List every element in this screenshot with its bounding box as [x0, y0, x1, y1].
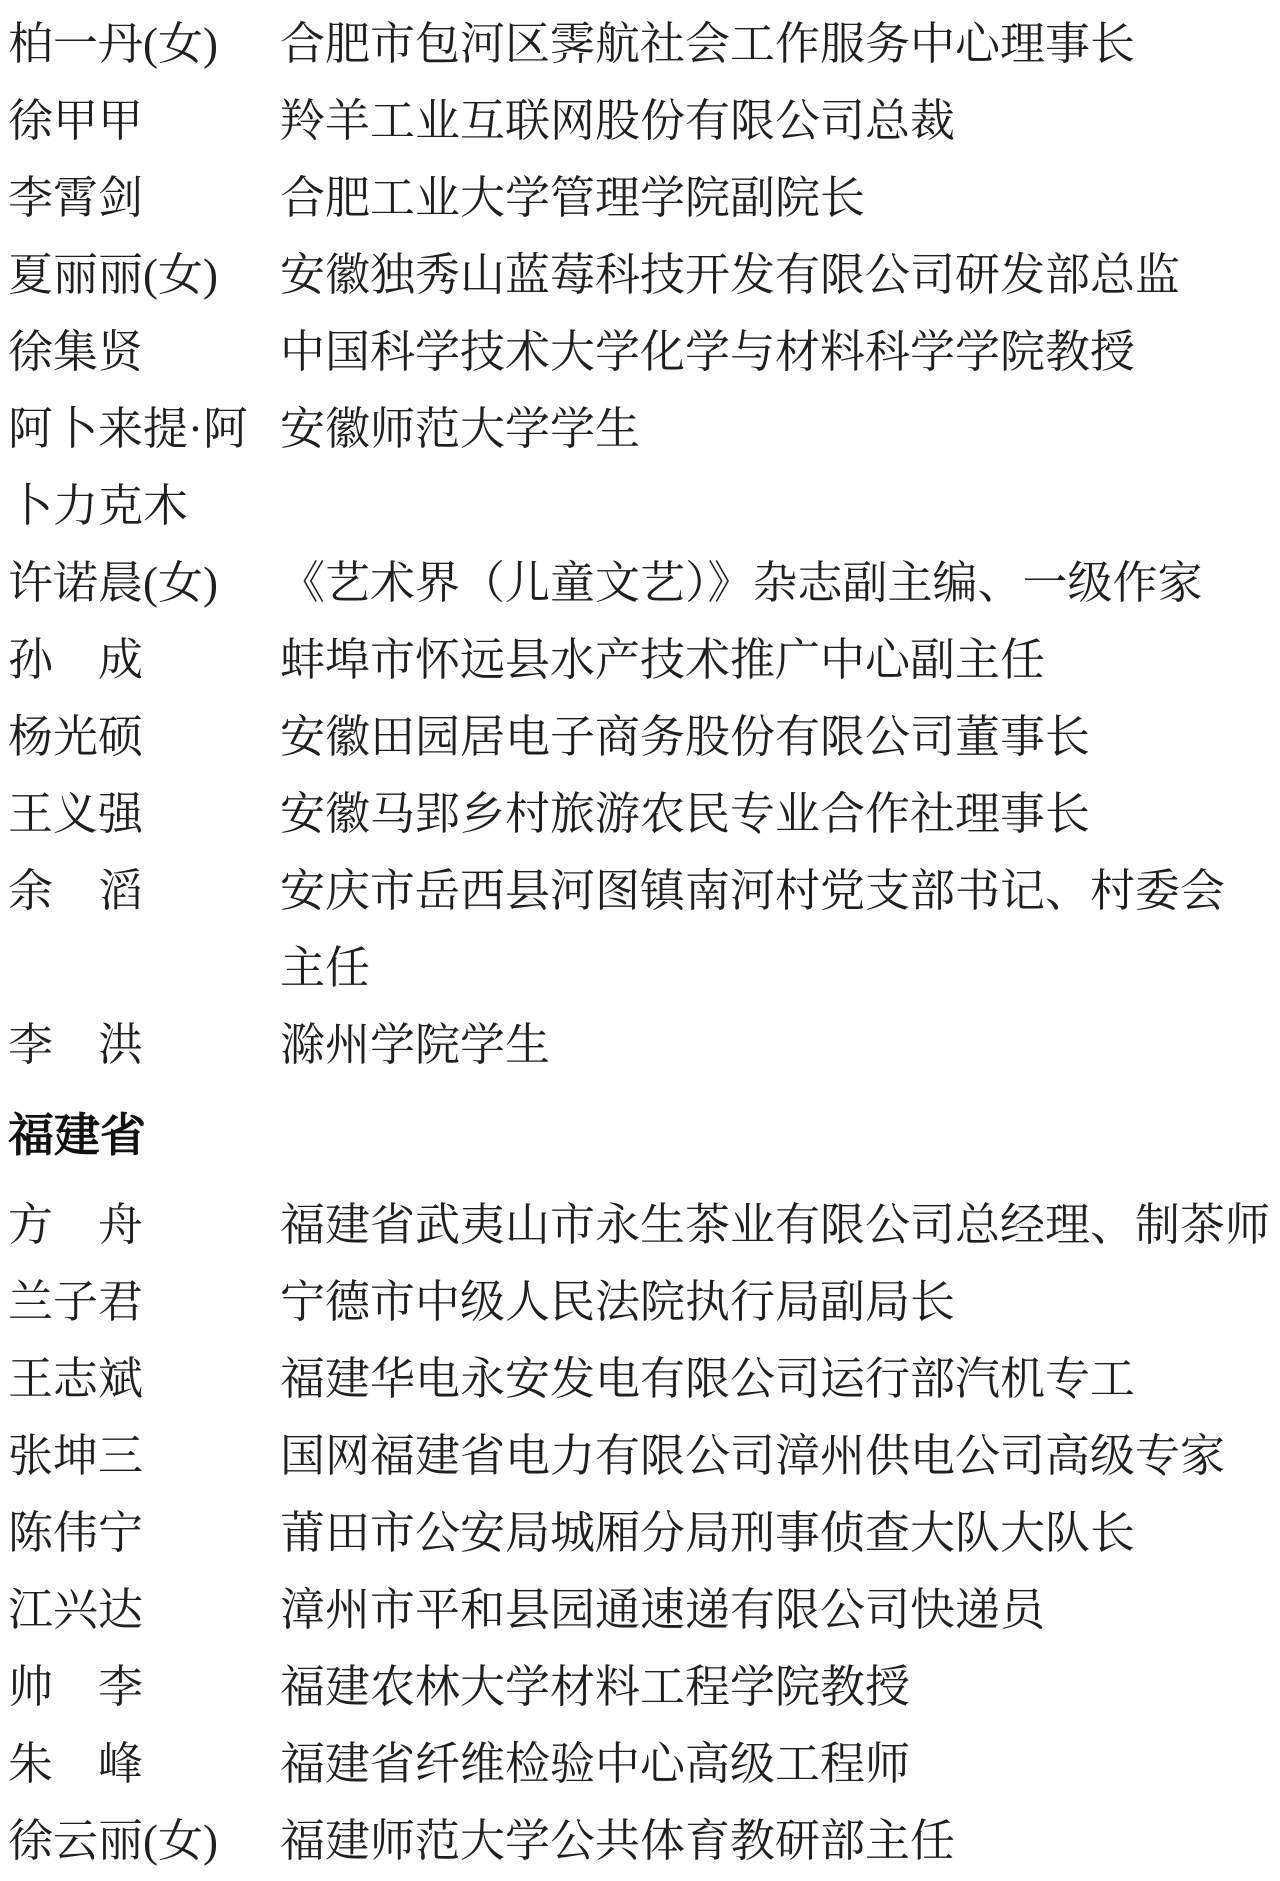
roster-row: 杨光硕 安徽田园居电子商务股份有限公司董事长 [8, 699, 1275, 776]
person-name: 阿卜来提·阿 卜力克木 [8, 391, 280, 545]
person-title: 福建师范大学公共体育教研部主任 [280, 1803, 1275, 1880]
person-name: 李霄剑 [8, 160, 280, 237]
person-title: 合肥市包河区霁航社会工作服务中心理事长 [280, 6, 1275, 83]
person-title: 安徽师范大学学生 [280, 391, 1275, 468]
person-name: 夏丽丽(女) [8, 237, 280, 314]
roster-row: 王义强 安徽马郢乡村旅游农民专业合作社理事长 [8, 776, 1275, 853]
person-title: 滁州学院学生 [280, 1007, 1275, 1084]
roster-row: 夏丽丽(女) 安徽独秀山蓝莓科技开发有限公司研发部总监 [8, 237, 1275, 314]
person-name: 王义强 [8, 776, 280, 853]
roster-row: 李霄剑 合肥工业大学管理学院副院长 [8, 160, 1275, 237]
person-title: 福建农林大学材料工程学院教授 [280, 1649, 1275, 1726]
person-title: 国网福建省电力有限公司漳州供电公司高级专家 [280, 1418, 1275, 1495]
roster-row: 陈伟宁 莆田市公安局城厢分局刑事侦查大队大队长 [8, 1495, 1275, 1572]
person-title: 安徽独秀山蓝莓科技开发有限公司研发部总监 [280, 237, 1275, 314]
person-title: 宁德市中级人民法院执行局副局长 [280, 1264, 1275, 1341]
person-name: 张坤三 [8, 1418, 280, 1495]
person-name: 朱 峰 [8, 1726, 280, 1803]
person-name: 孙 成 [8, 622, 280, 699]
section-header: 福建省 [8, 1097, 1275, 1174]
roster-row: 徐集贤 中国科学技术大学化学与材料科学学院教授 [8, 314, 1275, 391]
person-name: 江兴达 [8, 1572, 280, 1649]
person-name: 兰子君 [8, 1264, 280, 1341]
person-name: 陈伟宁 [8, 1495, 280, 1572]
roster-row: 朱 峰 福建省纤维检验中心高级工程师 [8, 1726, 1275, 1803]
person-name: 杨光硕 [8, 699, 280, 776]
document-page: 柏一丹(女) 合肥市包河区霁航社会工作服务中心理事长 徐甲甲 羚羊工业互联网股份… [0, 0, 1280, 1881]
roster-row: 许诺晨(女) 《艺术界（儿童文艺）》杂志副主编、一级作家 [8, 545, 1275, 622]
person-title: 中国科学技术大学化学与材料科学学院教授 [280, 314, 1275, 391]
person-title: 羚羊工业互联网股份有限公司总裁 [280, 83, 1275, 160]
person-title: 安徽田园居电子商务股份有限公司董事长 [280, 699, 1275, 776]
person-title: 漳州市平和县园通速递有限公司快递员 [280, 1572, 1275, 1649]
person-name: 余 滔 [8, 853, 280, 930]
roster-row: 王志斌 福建华电永安发电有限公司运行部汽机专工 [8, 1341, 1275, 1418]
roster-row: 孙 成 蚌埠市怀远县水产技术推广中心副主任 [8, 622, 1275, 699]
roster: 柏一丹(女) 合肥市包河区霁航社会工作服务中心理事长 徐甲甲 羚羊工业互联网股份… [8, 6, 1275, 1880]
person-title: 福建省武夷山市永生茶业有限公司总经理、制茶师 [280, 1187, 1275, 1264]
roster-row: 张坤三 国网福建省电力有限公司漳州供电公司高级专家 [8, 1418, 1275, 1495]
person-title: 莆田市公安局城厢分局刑事侦查大队大队长 [280, 1495, 1275, 1572]
person-name: 徐云丽(女) [8, 1803, 280, 1880]
roster-row: 徐云丽(女) 福建师范大学公共体育教研部主任 [8, 1803, 1275, 1880]
roster-row: 柏一丹(女) 合肥市包河区霁航社会工作服务中心理事长 [8, 6, 1275, 83]
roster-row: 兰子君 宁德市中级人民法院执行局副局长 [8, 1264, 1275, 1341]
person-title: 合肥工业大学管理学院副院长 [280, 160, 1275, 237]
person-title: 《艺术界（儿童文艺）》杂志副主编、一级作家 [280, 545, 1275, 622]
roster-row: 阿卜来提·阿 卜力克木 安徽师范大学学生 [8, 391, 1275, 545]
roster-row: 余 滔 安庆市岳西县河图镇南河村党支部书记、村委会 主任 [8, 853, 1275, 1007]
person-name: 徐甲甲 [8, 83, 280, 160]
roster-row: 帅 李 福建农林大学材料工程学院教授 [8, 1649, 1275, 1726]
person-title: 福建华电永安发电有限公司运行部汽机专工 [280, 1341, 1275, 1418]
roster-row: 徐甲甲 羚羊工业互联网股份有限公司总裁 [8, 83, 1275, 160]
roster-row: 方 舟 福建省武夷山市永生茶业有限公司总经理、制茶师 [8, 1187, 1275, 1264]
person-name: 方 舟 [8, 1187, 280, 1264]
person-name: 王志斌 [8, 1341, 280, 1418]
roster-row: 江兴达 漳州市平和县园通速递有限公司快递员 [8, 1572, 1275, 1649]
person-title: 福建省纤维检验中心高级工程师 [280, 1726, 1275, 1803]
person-title: 安庆市岳西县河图镇南河村党支部书记、村委会 主任 [280, 853, 1275, 1007]
person-title: 安徽马郢乡村旅游农民专业合作社理事长 [280, 776, 1275, 853]
person-name: 帅 李 [8, 1649, 280, 1726]
person-name: 许诺晨(女) [8, 545, 280, 622]
roster-row: 李 洪 滁州学院学生 [8, 1007, 1275, 1084]
person-name: 柏一丹(女) [8, 6, 280, 83]
person-title: 蚌埠市怀远县水产技术推广中心副主任 [280, 622, 1275, 699]
person-name: 徐集贤 [8, 314, 280, 391]
person-name: 李 洪 [8, 1007, 280, 1084]
